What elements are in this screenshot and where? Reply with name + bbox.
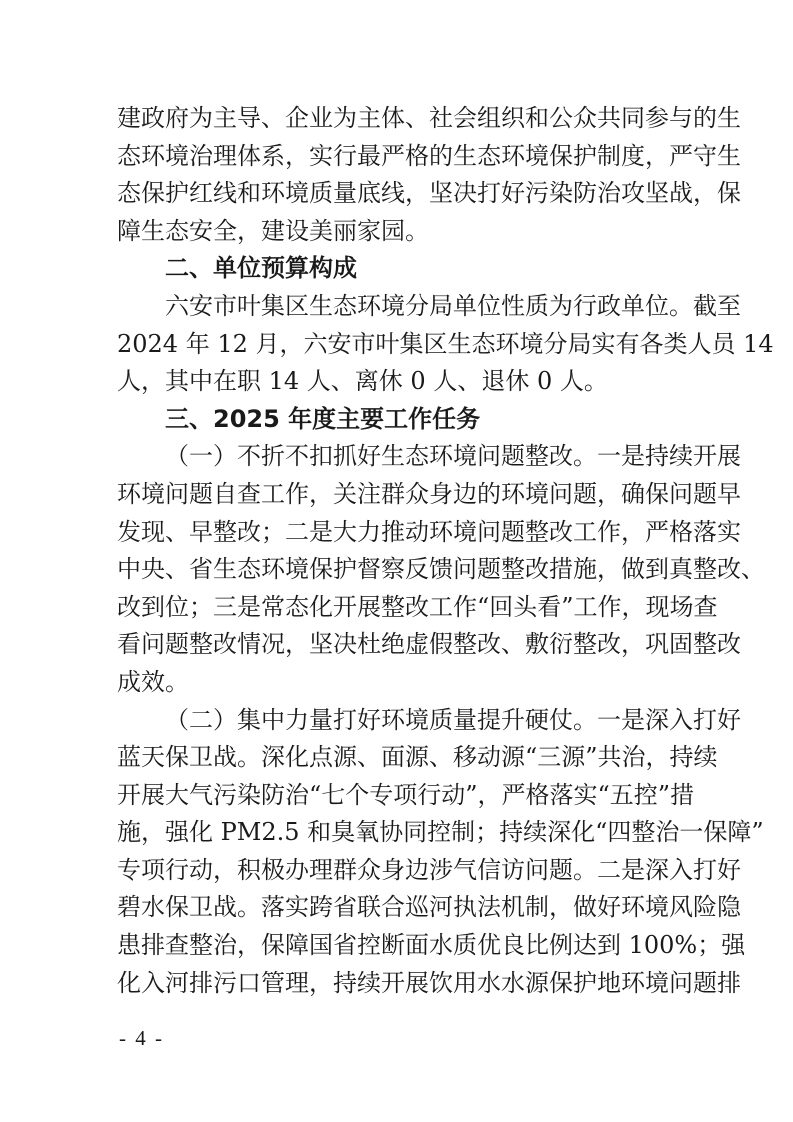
text-line: 专项行动，积极办理群众身边涉气信访问题。二是深入打好 (117, 852, 673, 890)
text-line: 化入河排污口管理，持续开展饮用水水源保护地环境问题排 (117, 965, 673, 1003)
page-number: - 4 - (119, 1026, 164, 1051)
text-line: 患排查整治，保障国省控断面水质优良比例达到 100%；强 (117, 927, 673, 965)
text-line: 环境问题自查工作，关注群众身边的环境问题，确保问题早 (117, 476, 673, 514)
text-line: 发现、早整改；二是大力推动环境问题整改工作，严格落实 (117, 514, 673, 552)
text-line: （二）集中力量打好环境质量提升硬仗。一是深入打好 (117, 702, 673, 740)
paragraph-task-2: （二）集中力量打好环境质量提升硬仗。一是深入打好 蓝天保卫战。深化点源、面源、移… (117, 702, 673, 1003)
text-line: 开展大气污染防治“七个专项行动”，严格落实“五控”措 (117, 777, 673, 815)
text-line: 障生态安全，建设美丽家园。 (117, 213, 673, 251)
text-line: （一）不折不扣抓好生态环境问题整改。一是持续开展 (117, 438, 673, 476)
paragraph-unit-info: 六安市叶集区生态环境分局单位性质为行政单位。截至 2024 年 12 月，六安市… (117, 288, 673, 401)
section-heading-budget-composition: 二、单位预算构成 (117, 250, 673, 288)
text-line: 态环境治理体系，实行最严格的生态环境保护制度，严守生 (117, 138, 673, 176)
document-page: 建政府为主导、企业为主体、社会组织和公众共同参与的生 态环境治理体系，实行最严格… (117, 100, 673, 1002)
text-line: 施，强化 PM2.5 和臭氧协同控制；持续深化“四整治一保障” (117, 814, 673, 852)
paragraph-task-1: （一）不折不扣抓好生态环境问题整改。一是持续开展 环境问题自查工作，关注群众身边… (117, 438, 673, 701)
text-line: 中央、省生态环境保护督察反馈问题整改措施，做到真整改、 (117, 551, 673, 589)
text-line: 六安市叶集区生态环境分局单位性质为行政单位。截至 (117, 288, 673, 326)
text-line: 碧水保卫战。落实跨省联合巡河执法机制，做好环境风险隐 (117, 889, 673, 927)
text-line: 建政府为主导、企业为主体、社会组织和公众共同参与的生 (117, 100, 673, 138)
text-line: 改到位；三是常态化开展整改工作“回头看”工作，现场查 (117, 589, 673, 627)
text-line: 人，其中在职 14 人、离休 0 人、退休 0 人。 (117, 363, 673, 401)
text-line: 蓝天保卫战。深化点源、面源、移动源“三源”共治，持续 (117, 739, 673, 777)
paragraph-intro-continuation: 建政府为主导、企业为主体、社会组织和公众共同参与的生 态环境治理体系，实行最严格… (117, 100, 673, 250)
text-line: 成效。 (117, 664, 673, 702)
text-line: 看问题整改情况，坚决杜绝虚假整改、敷衍整改，巩固整改 (117, 626, 673, 664)
section-heading-main-tasks: 三、2025 年度主要工作任务 (117, 401, 673, 439)
text-line: 态保护红线和环境质量底线，坚决打好污染防治攻坚战，保 (117, 175, 673, 213)
text-line: 2024 年 12 月，六安市叶集区生态环境分局实有各类人员 14 (117, 326, 673, 364)
